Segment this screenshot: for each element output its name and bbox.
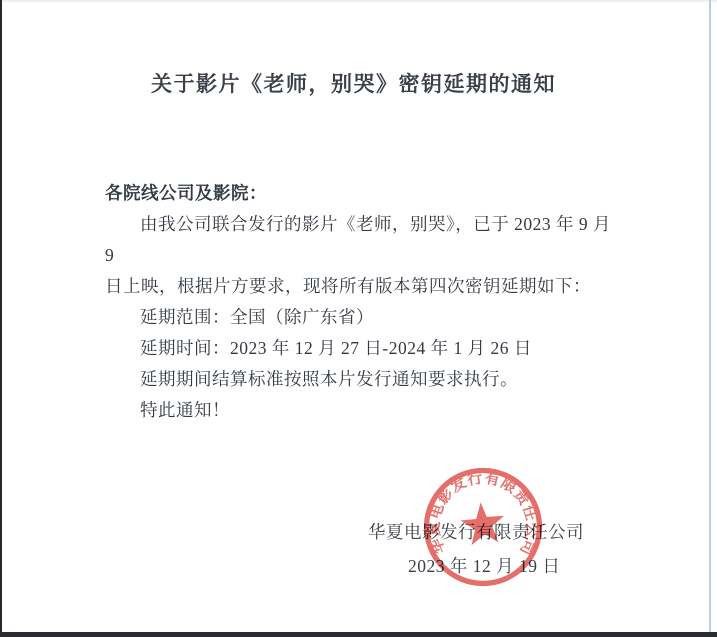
body-line-scope: 延期范围：全国（除广东省） [105,302,617,333]
document-body: 各院线公司及影院： 由我公司联合发行的影片《老师，别哭》，已于 2023 年 9… [105,178,617,426]
body-line-2: 日上映，根据片方要求，现将所有版本第四次密钥延期如下： [105,271,617,302]
page-bottom-edge [0,632,717,637]
page-right-edge-line [709,0,711,632]
page-left-edge [0,0,2,637]
company-seal-stamp: 华夏电影发行有限责任公司 [408,452,558,602]
body-line-notice: 特此通知！ [105,395,617,426]
page-top-edge [0,0,717,3]
document-title: 关于影片《老师，别哭》密钥延期的通知 [0,68,707,98]
seal-star-icon [461,502,504,545]
body-line-1: 由我公司联合发行的影片《老师，别哭》，已于 2023 年 9 月 9 [105,209,617,271]
recipient-line: 各院线公司及影院： [105,178,617,209]
document-page: 关于影片《老师，别哭》密钥延期的通知 各院线公司及影院： 由我公司联合发行的影片… [0,0,717,637]
body-line-settlement: 延期期间结算标准按照本片发行通知要求执行。 [105,364,617,395]
body-line-period: 延期时间：2023 年 12 月 27 日-2024 年 1 月 26 日 [105,333,617,364]
